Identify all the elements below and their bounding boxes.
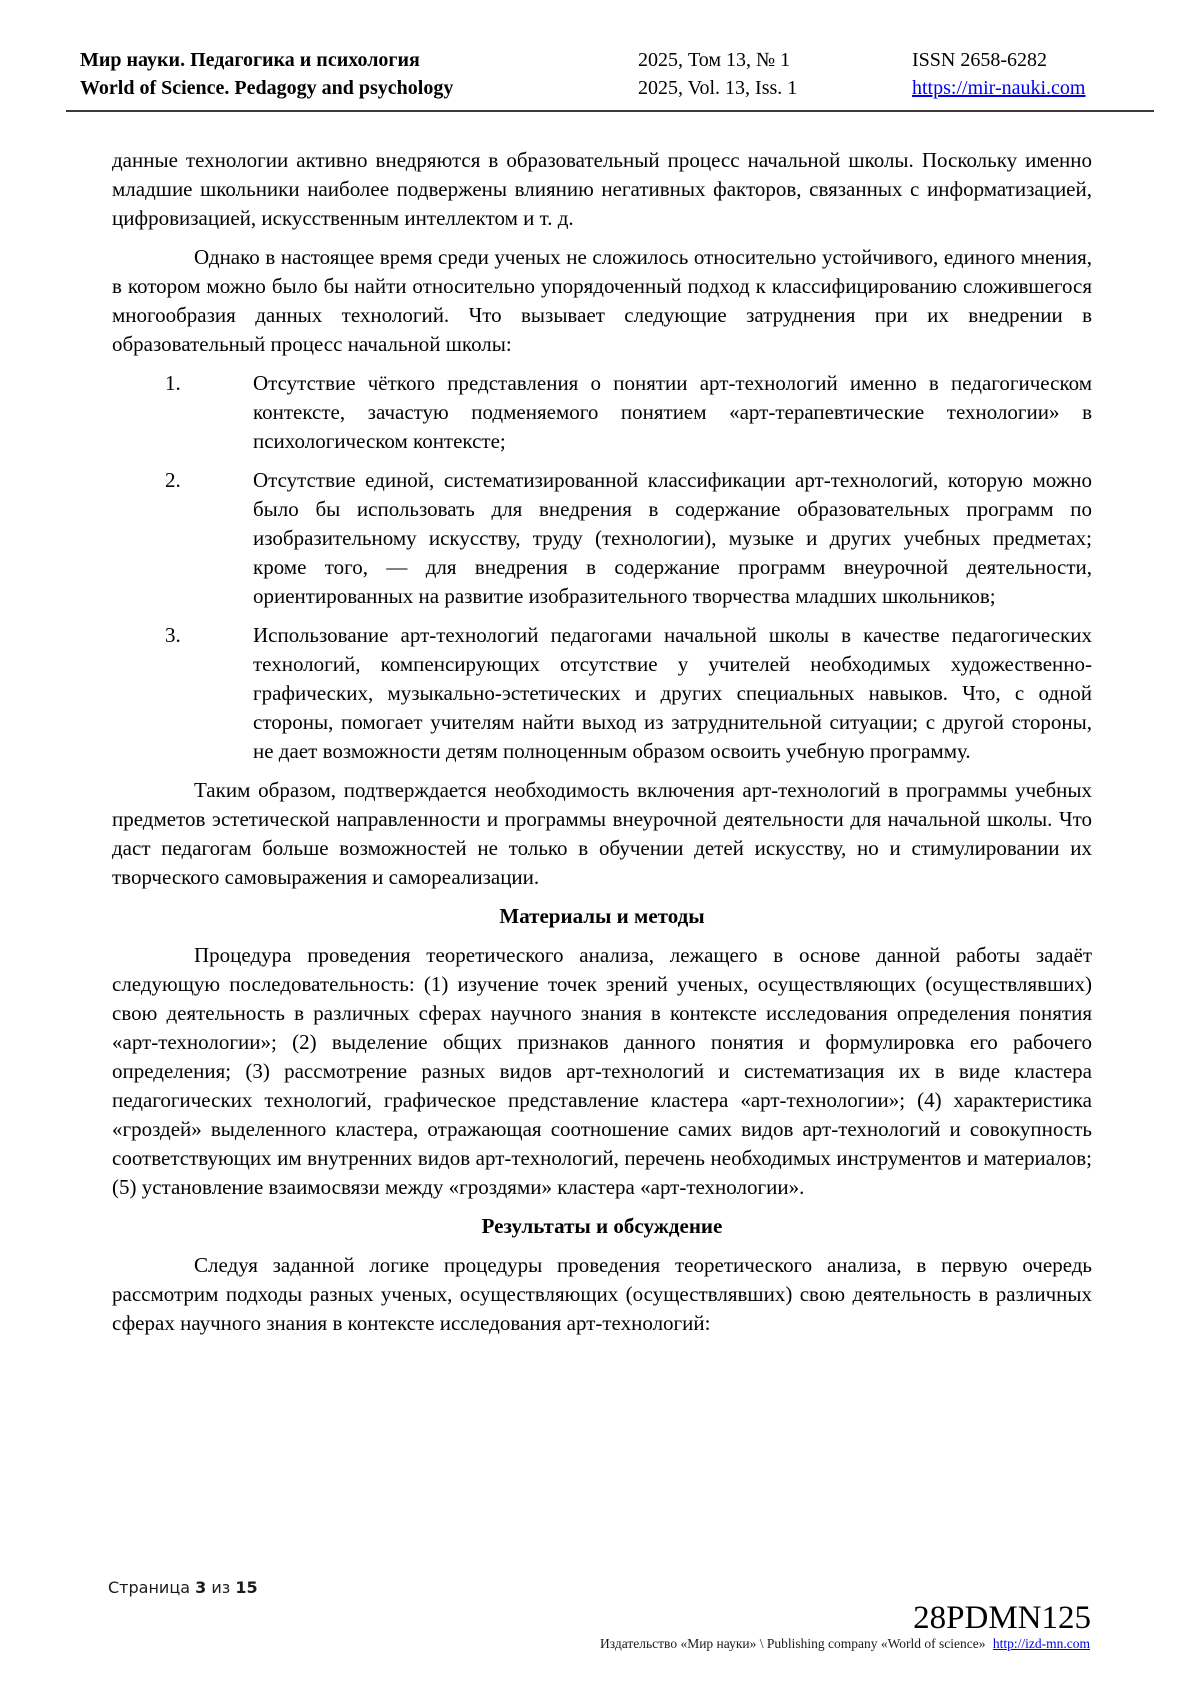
- publisher-text: Издательство «Мир науки» \ Publishing co…: [600, 1636, 985, 1651]
- page-current: 3: [195, 1578, 206, 1597]
- article-id: 28PDMN125: [913, 1601, 1091, 1635]
- numbered-item-3: 3. Использование арт-технологий педагога…: [112, 621, 1092, 766]
- paragraph-procedure: Процедура проведения теоретического анал…: [112, 941, 1092, 1202]
- journal-site-link[interactable]: https://mir-nauki.com: [912, 77, 1085, 99]
- numbered-item-1: 1. Отсутствие чёткого представления о по…: [112, 369, 1092, 456]
- header-divider: [66, 110, 1154, 112]
- page-total: 15: [235, 1578, 257, 1597]
- numbered-item-2: 2. Отсутствие единой, систематизированно…: [112, 466, 1092, 611]
- paragraph-thus: Таким образом, подтверждается необходимо…: [112, 776, 1092, 892]
- paragraph-following: Следуя заданной логике процедуры проведе…: [112, 1251, 1092, 1338]
- page-counter: Страница 3 из 15: [108, 1578, 258, 1597]
- journal-page: { "colors": { "link_blue": "#0000EE", "t…: [0, 0, 1200, 1697]
- page-counter-prefix: Страница: [108, 1578, 190, 1597]
- issn-block: ISSN 2658-6282 https://mir-nauki.com: [912, 46, 1085, 102]
- item-number: 1.: [165, 369, 181, 398]
- article-body: данные технологии активно внедряются в о…: [112, 146, 1092, 1348]
- item-number: 3.: [165, 621, 181, 650]
- publisher-site-link[interactable]: http://izd-mn.com: [993, 1636, 1090, 1651]
- issue-info-block: 2025, Том 13, № 1 2025, Vol. 13, Iss. 1: [638, 46, 797, 102]
- paragraph-intro: данные технологии активно внедряются в о…: [112, 146, 1092, 233]
- heading-materials-methods: Материалы и методы: [112, 902, 1092, 931]
- item-text: Отсутствие чёткого представления о понят…: [253, 371, 1092, 453]
- item-text: Использование арт-технологий педагогами …: [253, 623, 1092, 763]
- page-counter-of: из: [211, 1578, 230, 1597]
- issue-info-en: 2025, Vol. 13, Iss. 1: [638, 74, 797, 102]
- paragraph-however: Однако в настоящее время среди ученых не…: [112, 243, 1092, 359]
- journal-title-ru: Мир науки. Педагогика и психология: [80, 46, 453, 74]
- journal-title-block: Мир науки. Педагогика и психология World…: [80, 46, 453, 102]
- publisher-line: Издательство «Мир науки» \ Publishing co…: [600, 1636, 1090, 1652]
- heading-results-discussion: Результаты и обсуждение: [112, 1212, 1092, 1241]
- item-number: 2.: [165, 466, 181, 495]
- issn-label: ISSN 2658-6282: [912, 46, 1085, 74]
- item-text: Отсутствие единой, систематизированной к…: [253, 468, 1092, 608]
- issue-info-ru: 2025, Том 13, № 1: [638, 46, 797, 74]
- journal-title-en: World of Science. Pedagogy and psycholog…: [80, 74, 453, 102]
